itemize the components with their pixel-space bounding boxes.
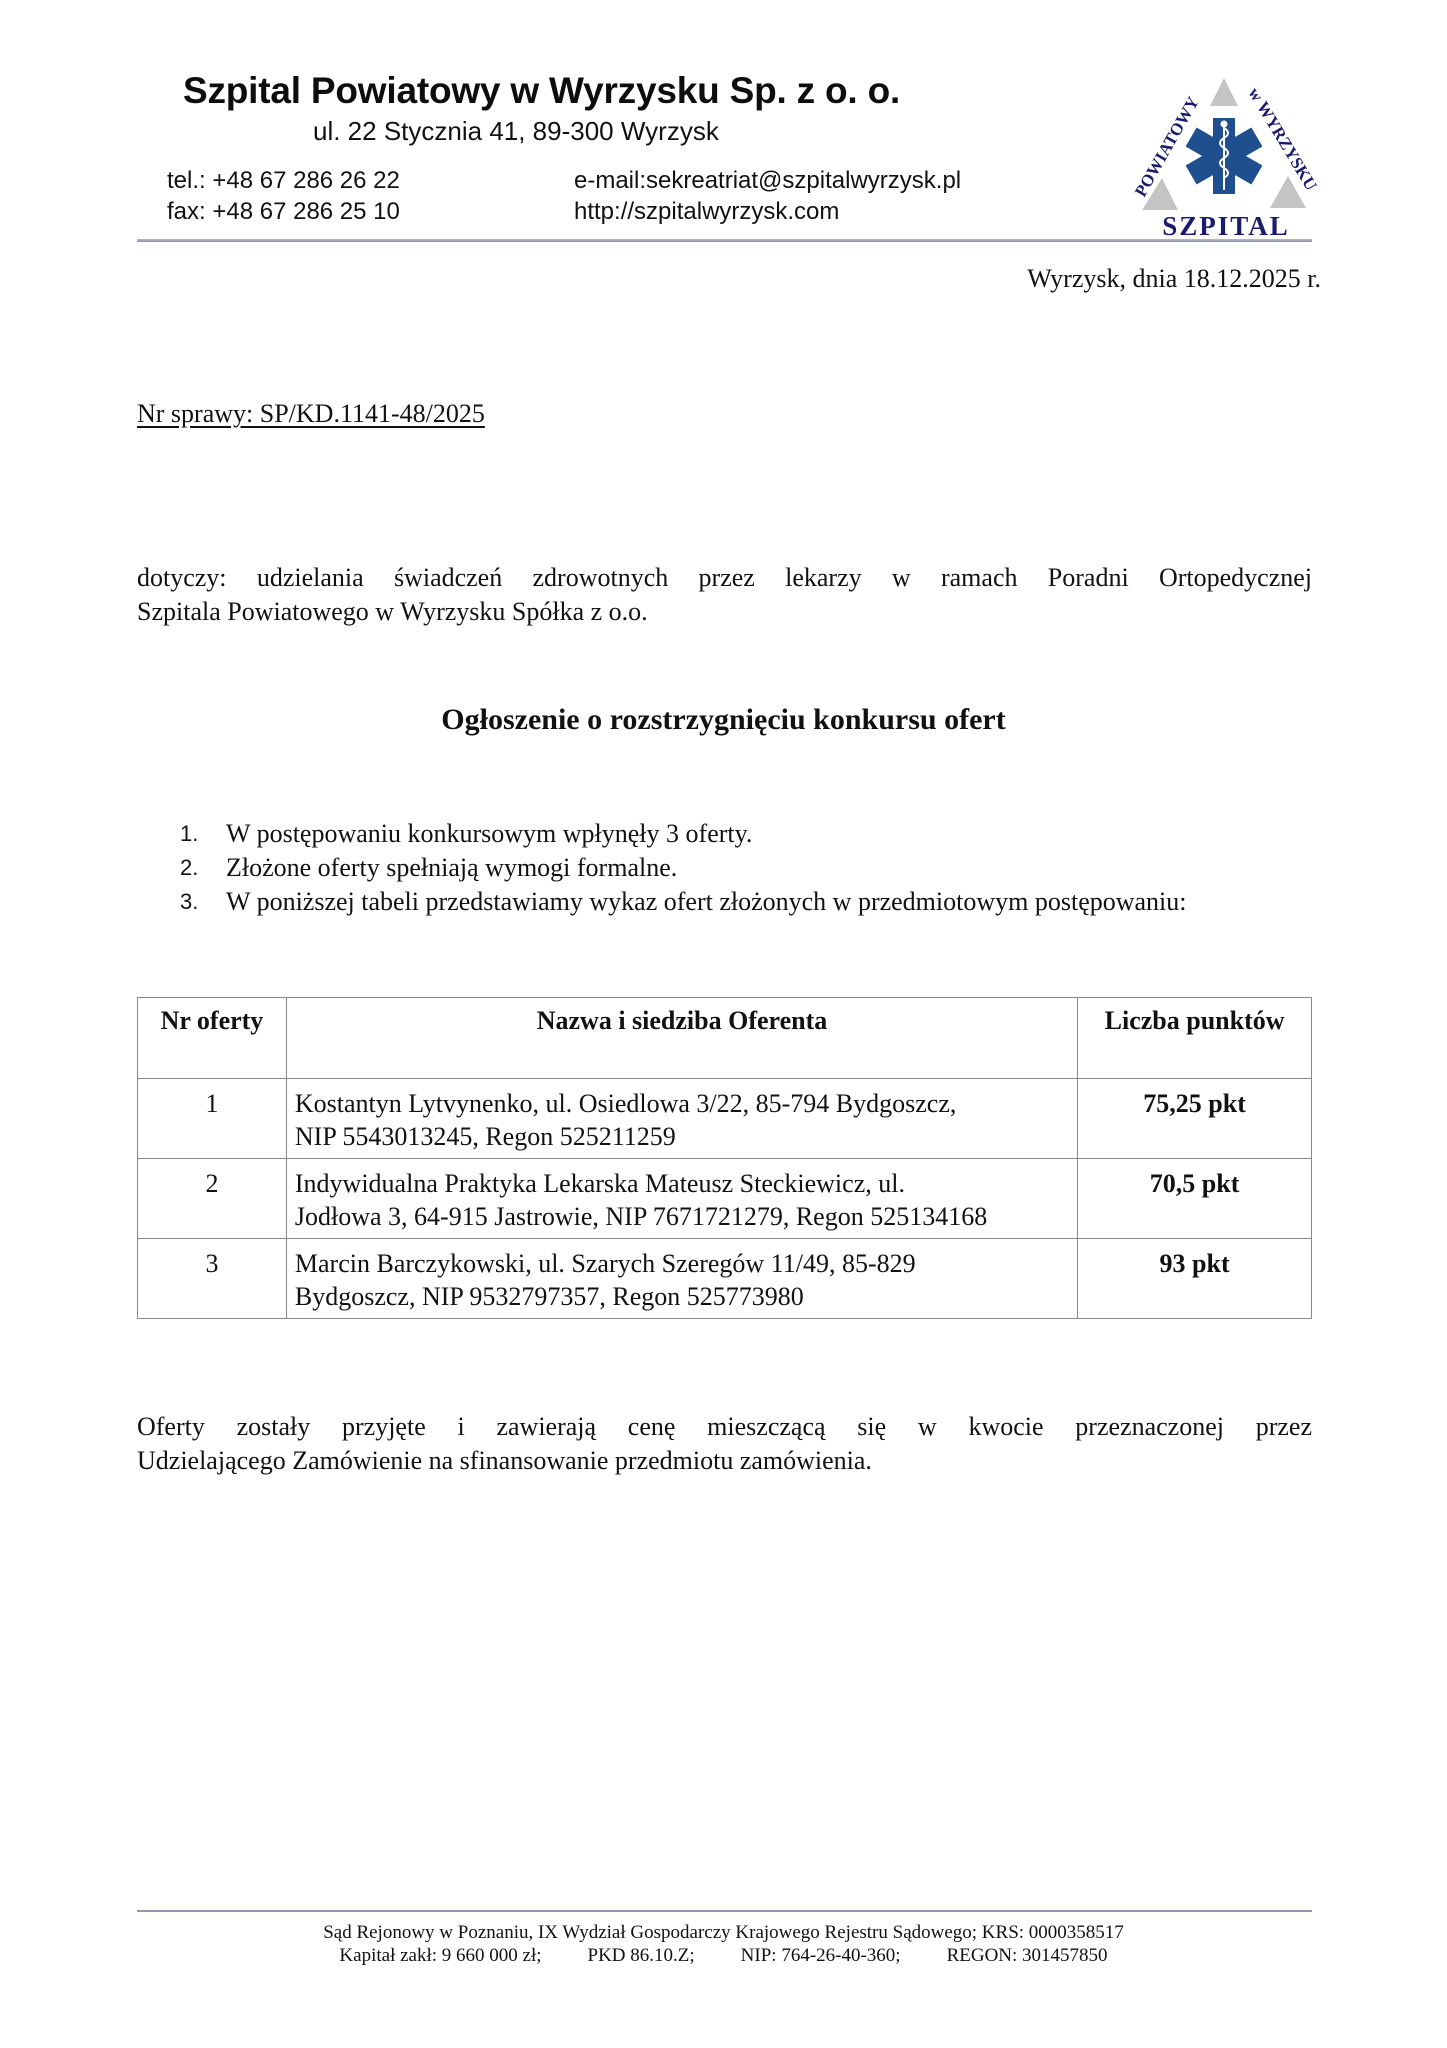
hospital-logo: POWIATOWY w WYRZYSKU SZPITAL [1120,70,1335,240]
phone-number: tel.: +48 67 286 26 22 [167,165,400,196]
table-header-row: Nr oferty Nazwa i siedziba Oferenta Licz… [138,998,1312,1079]
header-bidder-name: Nazwa i siedziba Oferenta [286,998,1077,1079]
bidder-details: Indywidualna Praktyka Lekarska Mateusz S… [286,1159,1077,1239]
table-row: 3 Marcin Barczykowski, ul. Szarych Szere… [138,1239,1312,1319]
header-offer-number: Nr oferty [138,998,287,1079]
offer-points: 70,5 pkt [1078,1159,1312,1239]
list-text: Złożone oferty spełniają wymogi formalne… [226,851,677,885]
list-text: W postępowaniu konkursowym wpłynęły 3 of… [226,817,752,851]
company-footer: Sąd Rejonowy w Poznaniu, IX Wydział Gosp… [0,1921,1447,1967]
bidder-line-2: Bydgoszcz, NIP 9532797357, Regon 5257739… [295,1280,1077,1313]
bidder-line-2: Jodłowa 3, 64-915 Jastrowie, NIP 7671721… [295,1200,1077,1233]
offer-number: 2 [138,1159,287,1239]
website-link[interactable]: http://szpitalwyrzysk.com [574,196,961,227]
list-text: W poniższej tabeli przedstawiamy wykaz o… [226,885,1187,919]
organization-address: ul. 22 Stycznia 41, 89-300 Wyrzysk [313,116,719,147]
header-points: Liczba punktów [1078,998,1312,1079]
list-number: 1. [180,817,226,851]
logo-text-szpital: SZPITAL [1162,211,1290,240]
bidder-line-2: NIP 5543013245, Regon 525211259 [295,1120,1077,1153]
offers-table: Nr oferty Nazwa i siedziba Oferenta Licz… [137,997,1312,1319]
bidder-details: Kostantyn Lytvynenko, ul. Osiedlowa 3/22… [286,1079,1077,1159]
contact-email-web: e-mail:sekreatriat@szpitalwyrzysk.pl htt… [574,165,961,227]
court-registry-info: Sąd Rejonowy w Poznaniu, IX Wydział Gosp… [0,1921,1447,1944]
bidder-line-1: Marcin Barczykowski, ul. Szarych Szeregó… [295,1247,1077,1280]
fax-number: fax: +48 67 286 25 10 [167,196,400,227]
list-number: 3. [180,885,226,919]
email-link[interactable]: e-mail:sekreatriat@szpitalwyrzysk.pl [574,165,961,196]
share-capital: Kapitał zakł: 9 660 000 zł; [339,1944,541,1967]
bidder-details: Marcin Barczykowski, ul. Szarych Szeregó… [286,1239,1077,1319]
contact-phone-fax: tel.: +48 67 286 26 22 fax: +48 67 286 2… [167,165,400,227]
nip-number: NIP: 764-26-40-360; [741,1944,901,1967]
offer-number: 3 [138,1239,287,1319]
header-divider [137,239,1312,242]
offer-points: 93 pkt [1078,1239,1312,1319]
bidder-line-1: Indywidualna Praktyka Lekarska Mateusz S… [295,1167,1077,1200]
organization-name: Szpital Powiatowy w Wyrzysku Sp. z o. o. [183,70,900,112]
closing-line-1: Oferty zostały przyjęte i zawierają cenę… [137,1410,1312,1444]
list-item: 3. W poniższej tabeli przedstawiamy wyka… [180,885,1187,919]
subject-line-1: dotyczy: udzielania świadczeń zdrowotnyc… [137,561,1312,595]
table-row: 1 Kostantyn Lytvynenko, ul. Osiedlowa 3/… [138,1079,1312,1159]
subject-line-2: Szpitala Powiatowego w Wyrzysku Spółka z… [137,597,648,626]
company-identifiers: Kapitał zakł: 9 660 000 zł;PKD 86.10.Z;N… [0,1944,1447,1967]
footer-divider [137,1910,1312,1912]
points-list: 1. W postępowaniu konkursowym wpłynęły 3… [180,817,1187,919]
list-item: 2. Złożone oferty spełniają wymogi forma… [180,851,1187,885]
regon-number: REGON: 301457850 [947,1944,1108,1967]
list-item: 1. W postępowaniu konkursowym wpłynęły 3… [180,817,1187,851]
offer-number: 1 [138,1079,287,1159]
closing-line-2: Udzielającego Zamówienie na sfinansowani… [137,1446,872,1475]
case-number: Nr sprawy: SP/KD.1141-48/2025 [137,399,485,429]
offer-points: 75,25 pkt [1078,1079,1312,1159]
document-date: Wyrzysk, dnia 18.12.2025 r. [1027,264,1321,294]
list-number: 2. [180,851,226,885]
closing-paragraph: Oferty zostały przyjęte i zawierają cenę… [137,1410,1312,1478]
bidder-line-1: Kostantyn Lytvynenko, ul. Osiedlowa 3/22… [295,1087,1077,1120]
document-title: Ogłoszenie o rozstrzygnięciu konkursu of… [0,703,1447,737]
subject-paragraph: dotyczy: udzielania świadczeń zdrowotnyc… [137,561,1312,629]
triangle-top-icon [1210,78,1238,106]
table-row: 2 Indywidualna Praktyka Lekarska Mateusz… [138,1159,1312,1239]
pkd-code: PKD 86.10.Z; [588,1944,695,1967]
